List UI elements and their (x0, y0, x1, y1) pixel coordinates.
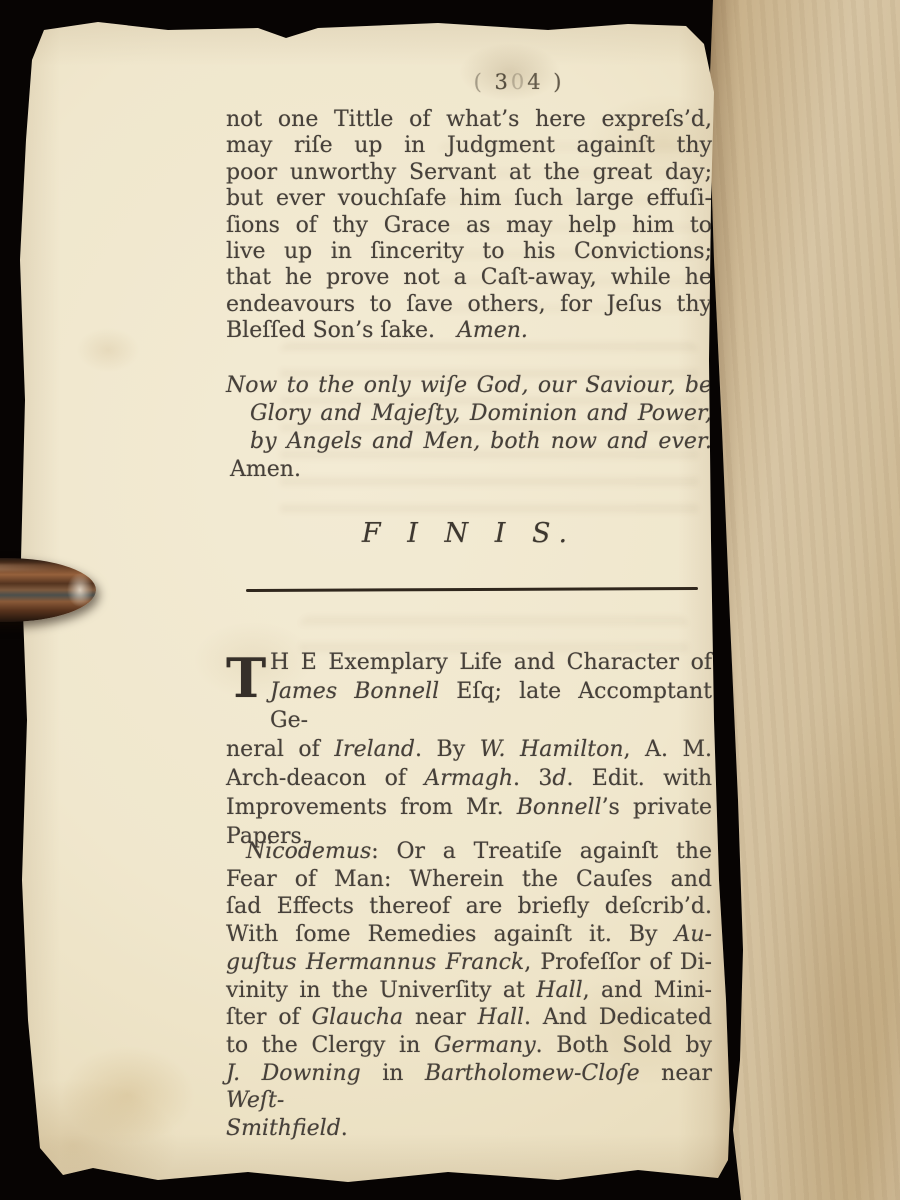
text-line: H E Exemplary Life and Character of (226, 648, 712, 677)
finis-text: F I N I S. (226, 518, 712, 549)
text-line: may riſe up in Judgment againſt thy (226, 133, 712, 159)
drop-cap: T (226, 651, 266, 705)
paragraph-advert-nicodemus: Nicodemus: Or a Treatiſe againſt theFear… (226, 838, 712, 1143)
page-number-part: 0 (511, 70, 527, 94)
text-line: vinity in the Univerſity at Hall, and Mi… (226, 977, 712, 1005)
text-line: guſtus Hermannus Franck, Profeſſor of Di… (226, 949, 712, 977)
text-line: to the Clergy in Germany. Both Sold by (226, 1032, 712, 1060)
page-number: ( 304 ) (276, 70, 762, 94)
page-number-part: 3 (494, 70, 510, 94)
text-line: J. Downing in Bartholomew-Cloſe near Weſ… (226, 1060, 712, 1115)
section-rule (246, 587, 698, 592)
text-line: Amen. (226, 456, 712, 484)
text-line: neral of Ireland. By W. Hamilton, A. M. (226, 735, 712, 764)
text-line: James Bonnell Eſq; late Accomptant Ge- (226, 677, 712, 735)
text-line: but ever vouchſafe him ſuch large effuſi… (226, 186, 712, 212)
text-line: live up in ſincerity to his Convictions; (226, 239, 712, 265)
text-line: ſad Effects thereof are briefly deſcrib’… (226, 893, 712, 921)
paragraph-closing-prayer: not one Tittle of what’s here expreſs’d,… (226, 107, 712, 345)
text-line: With ſome Remedies againſt it. By Au- (226, 921, 712, 949)
text-line: endeavours to ſave others, for Jeſus thy (226, 292, 712, 318)
book-page: ( 304 ) not one Tittle of what’s here ex… (18, 20, 738, 1188)
text-line: Bleſſed Son’s ſake. Amen. (226, 318, 712, 344)
text-line: not one Tittle of what’s here expreſs’d, (226, 107, 712, 133)
page-number-part: 4 ) (527, 70, 564, 94)
text-line: Now to the only wiſe God, our Saviour, b… (226, 372, 712, 400)
text-line: ſions of thy Grace as may help him to (226, 213, 712, 239)
text-line: Glory and Majeſty, Dominion and Power, (226, 400, 712, 428)
text-line: ſter of Glaucha near Hall. And Dedicated (226, 1004, 712, 1032)
page-number-part: ( (474, 70, 495, 94)
paragraph-doxology: Now to the only wiſe God, our Saviour, b… (226, 372, 712, 484)
text-line: Fear of Man: Wherein the Cauſes and (226, 866, 712, 894)
text-line: Improvements from Mr. Bonnell’s private (226, 793, 712, 822)
text-line: Arch-deacon of Armagh. 3d. Edit. with (226, 764, 712, 793)
text-line: by Angels and Men, both now and ever. (226, 428, 712, 456)
facing-page-edge (700, 0, 900, 1200)
paragraph-advert-bonnell: T H E Exemplary Life and Character ofJam… (226, 648, 712, 851)
text-line: that he prove not a Caſt-away, while he (226, 265, 712, 291)
text-line: Smithfield. (226, 1115, 712, 1143)
text-line: Nicodemus: Or a Treatiſe againſt the (226, 838, 712, 866)
text-line: poor unworthy Servant at the great day; (226, 160, 712, 186)
